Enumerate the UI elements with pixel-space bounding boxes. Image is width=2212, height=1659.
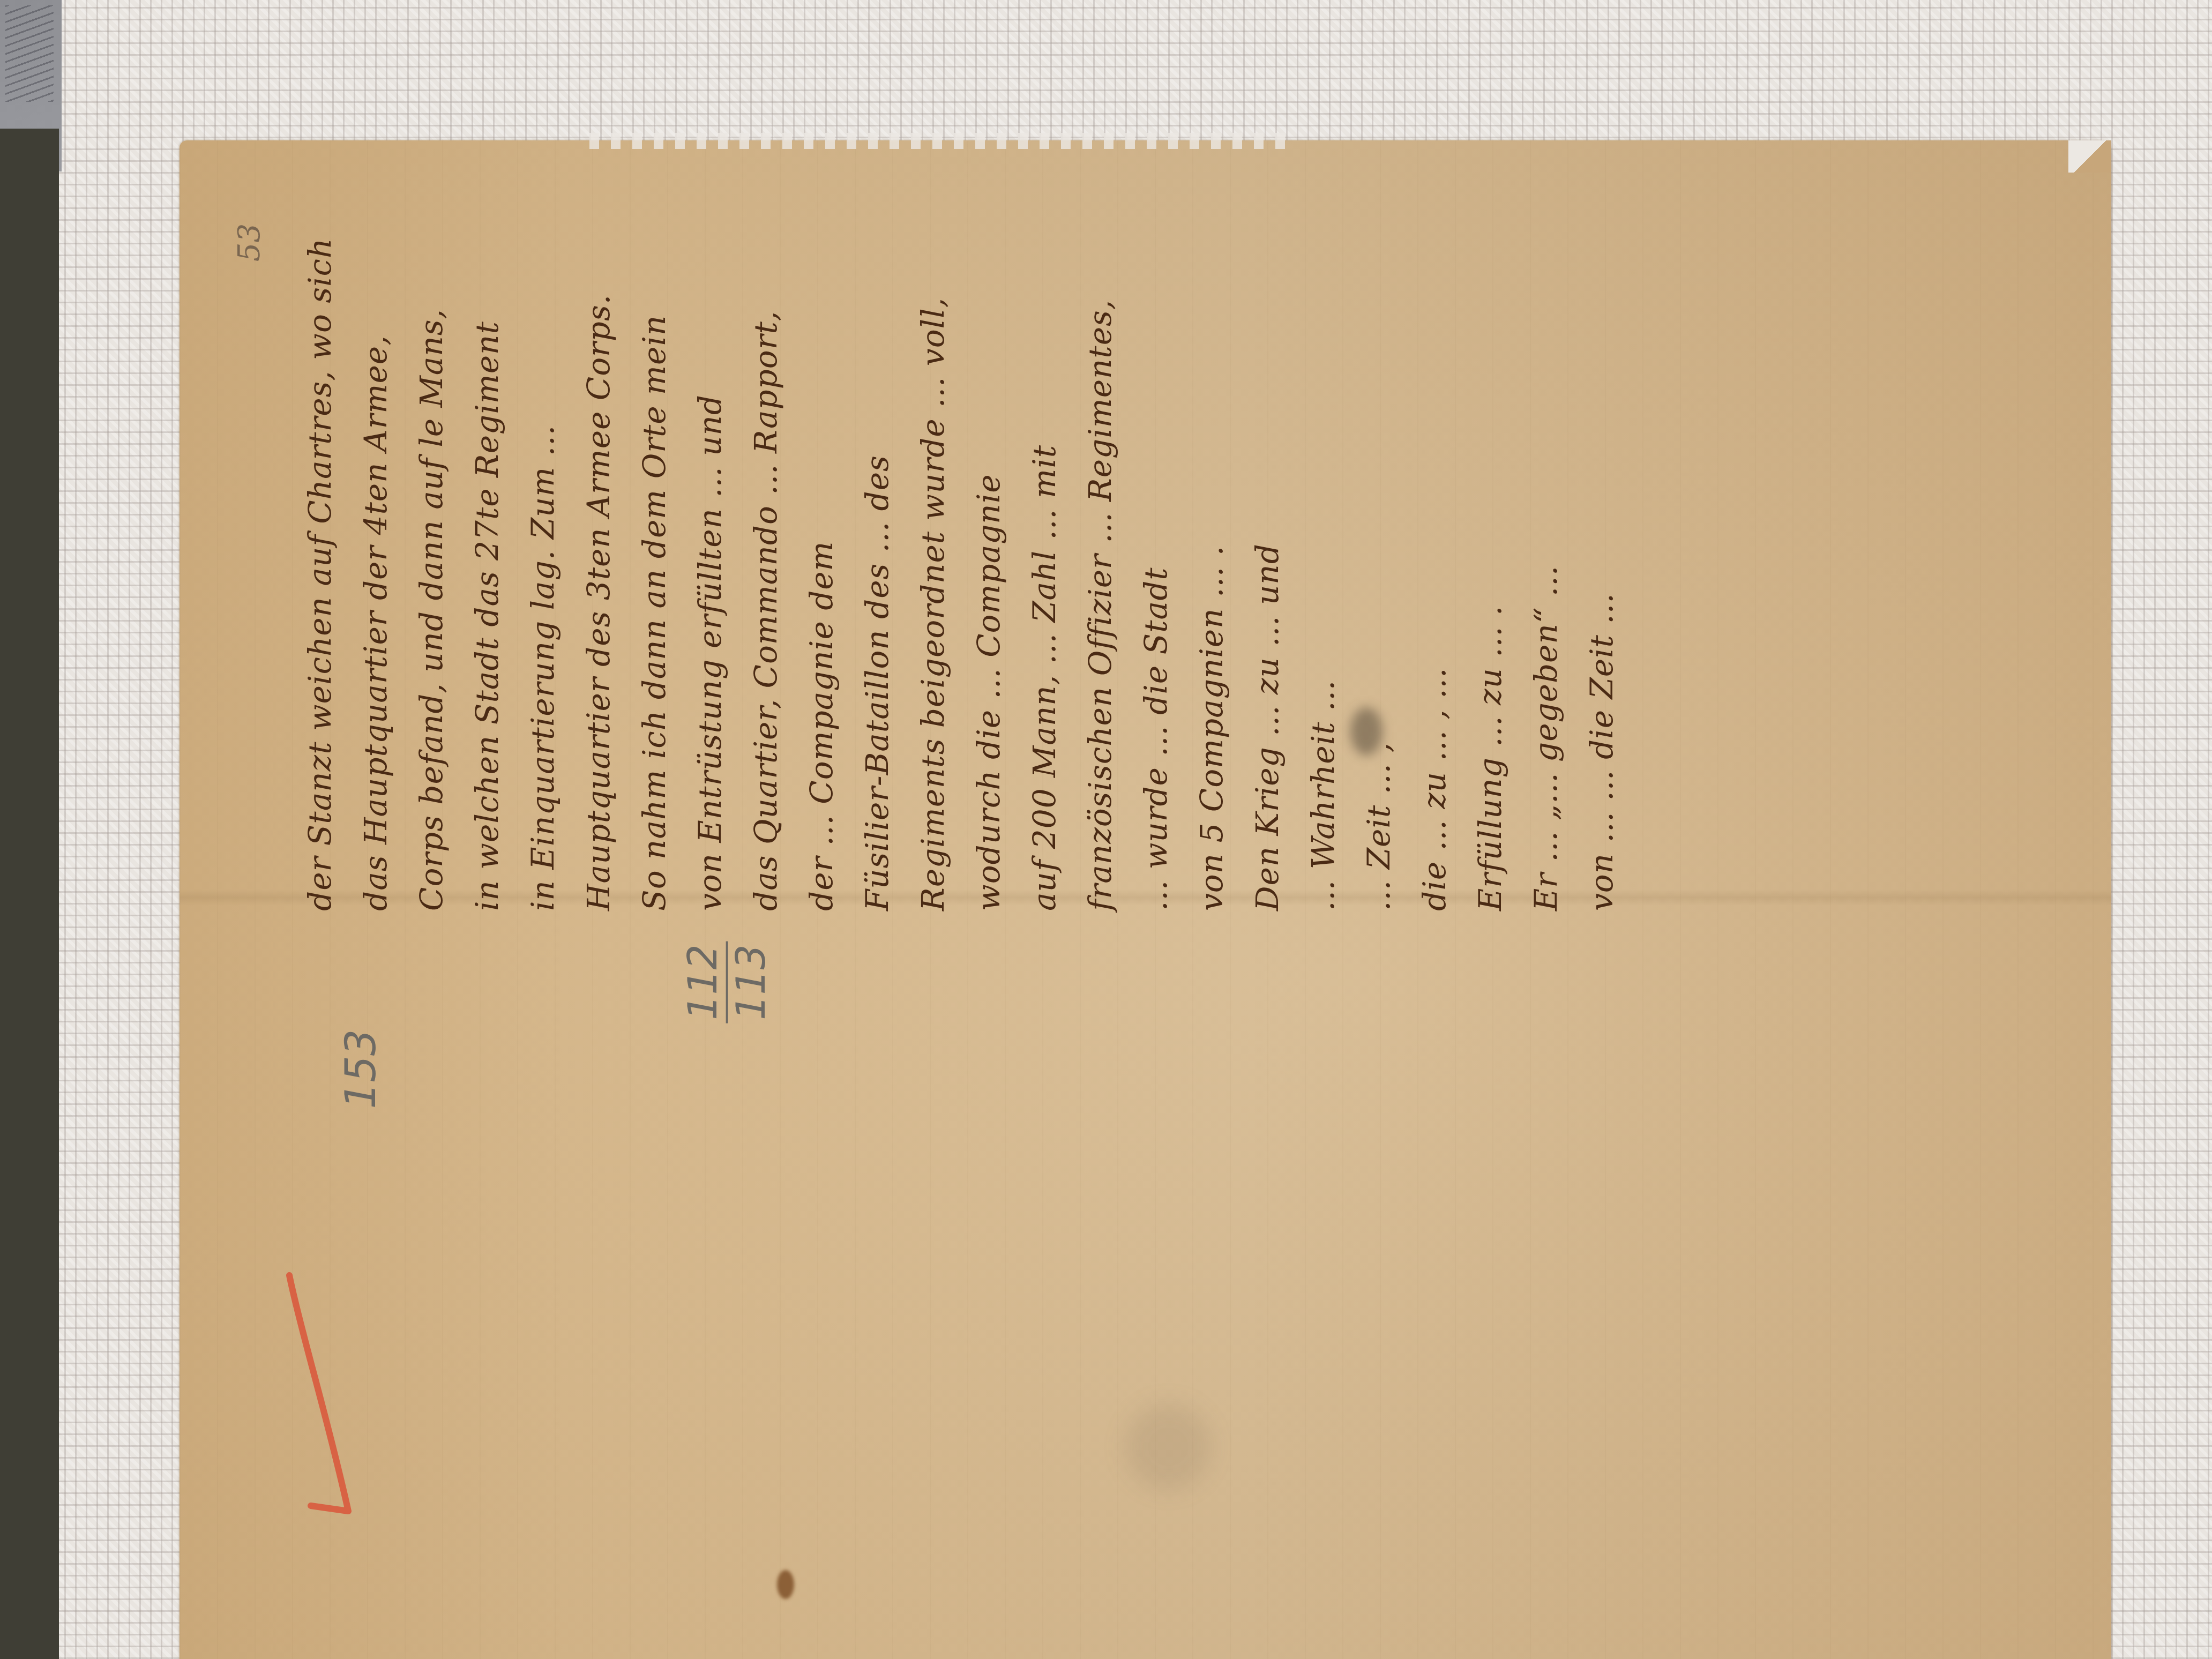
handwritten-line: der Stanzt weichen auf Chartres, wo sich bbox=[292, 139, 348, 911]
handwritten-line: auf 200 Mann, ... Zahl ... mit bbox=[1017, 139, 1072, 911]
handwritten-line: Er ... „... gegeben“ ... bbox=[1518, 139, 1574, 911]
handwritten-line: ... wurde ... die Stadt bbox=[1128, 139, 1184, 911]
handwritten-line: von Entrüstung erfüllten ... und bbox=[682, 139, 738, 911]
handwritten-line: Hauptquartier des 3ten Armee Corps. bbox=[571, 139, 626, 911]
handwritten-line: Erfüllung ... zu ... . bbox=[1462, 139, 1518, 911]
handwritten-line: das Hauptquartier der 4ten Armee, bbox=[348, 139, 403, 911]
fraction-denominator: 113 bbox=[728, 944, 774, 1020]
smudge-stain bbox=[1350, 707, 1382, 756]
handwritten-line: Füsilier-Bataillon des ... des bbox=[849, 139, 905, 911]
handwritten-line: Regiments beigeordnet wurde ... voll, bbox=[905, 139, 961, 911]
red-check-mark-icon bbox=[279, 1254, 364, 1522]
handwritten-line: französischen Offizier ... Regimentes, bbox=[1072, 139, 1128, 911]
handwritten-text-block: der Stanzt weichen auf Chartres, wo sich… bbox=[292, 139, 2007, 911]
pencil-archive-number: 153 bbox=[337, 1029, 385, 1109]
handwritten-line: der ... Compagnie dem bbox=[794, 139, 849, 911]
foxing-stain bbox=[1125, 1404, 1211, 1490]
handwritten-line: So nahm ich dann an dem Orte mein bbox=[626, 139, 682, 911]
table-surface-left bbox=[0, 129, 59, 1659]
handwritten-line: die ... zu ... , ... bbox=[1407, 139, 1462, 911]
handwritten-line: Den Krieg ... zu ... und bbox=[1239, 139, 1295, 911]
handwritten-line: ... Wahrheit ... bbox=[1295, 139, 1351, 911]
pencil-page-fraction: 112 113 bbox=[680, 941, 774, 1023]
handwritten-line: von 5 Compagnien ... . bbox=[1184, 139, 1239, 911]
ink-stain bbox=[777, 1570, 794, 1599]
dog-ear-corner bbox=[2068, 140, 2111, 173]
handwritten-line: in Einquartierung lag. Zum ... bbox=[515, 139, 571, 911]
handwritten-line: von ... ... die Zeit ... bbox=[1574, 139, 1630, 911]
handwritten-line: ... Zeit ... , bbox=[1351, 139, 1407, 911]
handwritten-line: wodurch die ... Compagnie bbox=[961, 139, 1017, 911]
handwritten-line: in welchen Stadt das 27te Regiment bbox=[459, 139, 515, 911]
handwritten-line: das Quartier, Commando ... Rapport, bbox=[738, 139, 794, 911]
handwritten-line: Corps befand, und dann auf le Mans, bbox=[403, 139, 459, 911]
folio-number: 53 bbox=[232, 223, 267, 261]
fraction-numerator: 112 bbox=[680, 941, 728, 1023]
